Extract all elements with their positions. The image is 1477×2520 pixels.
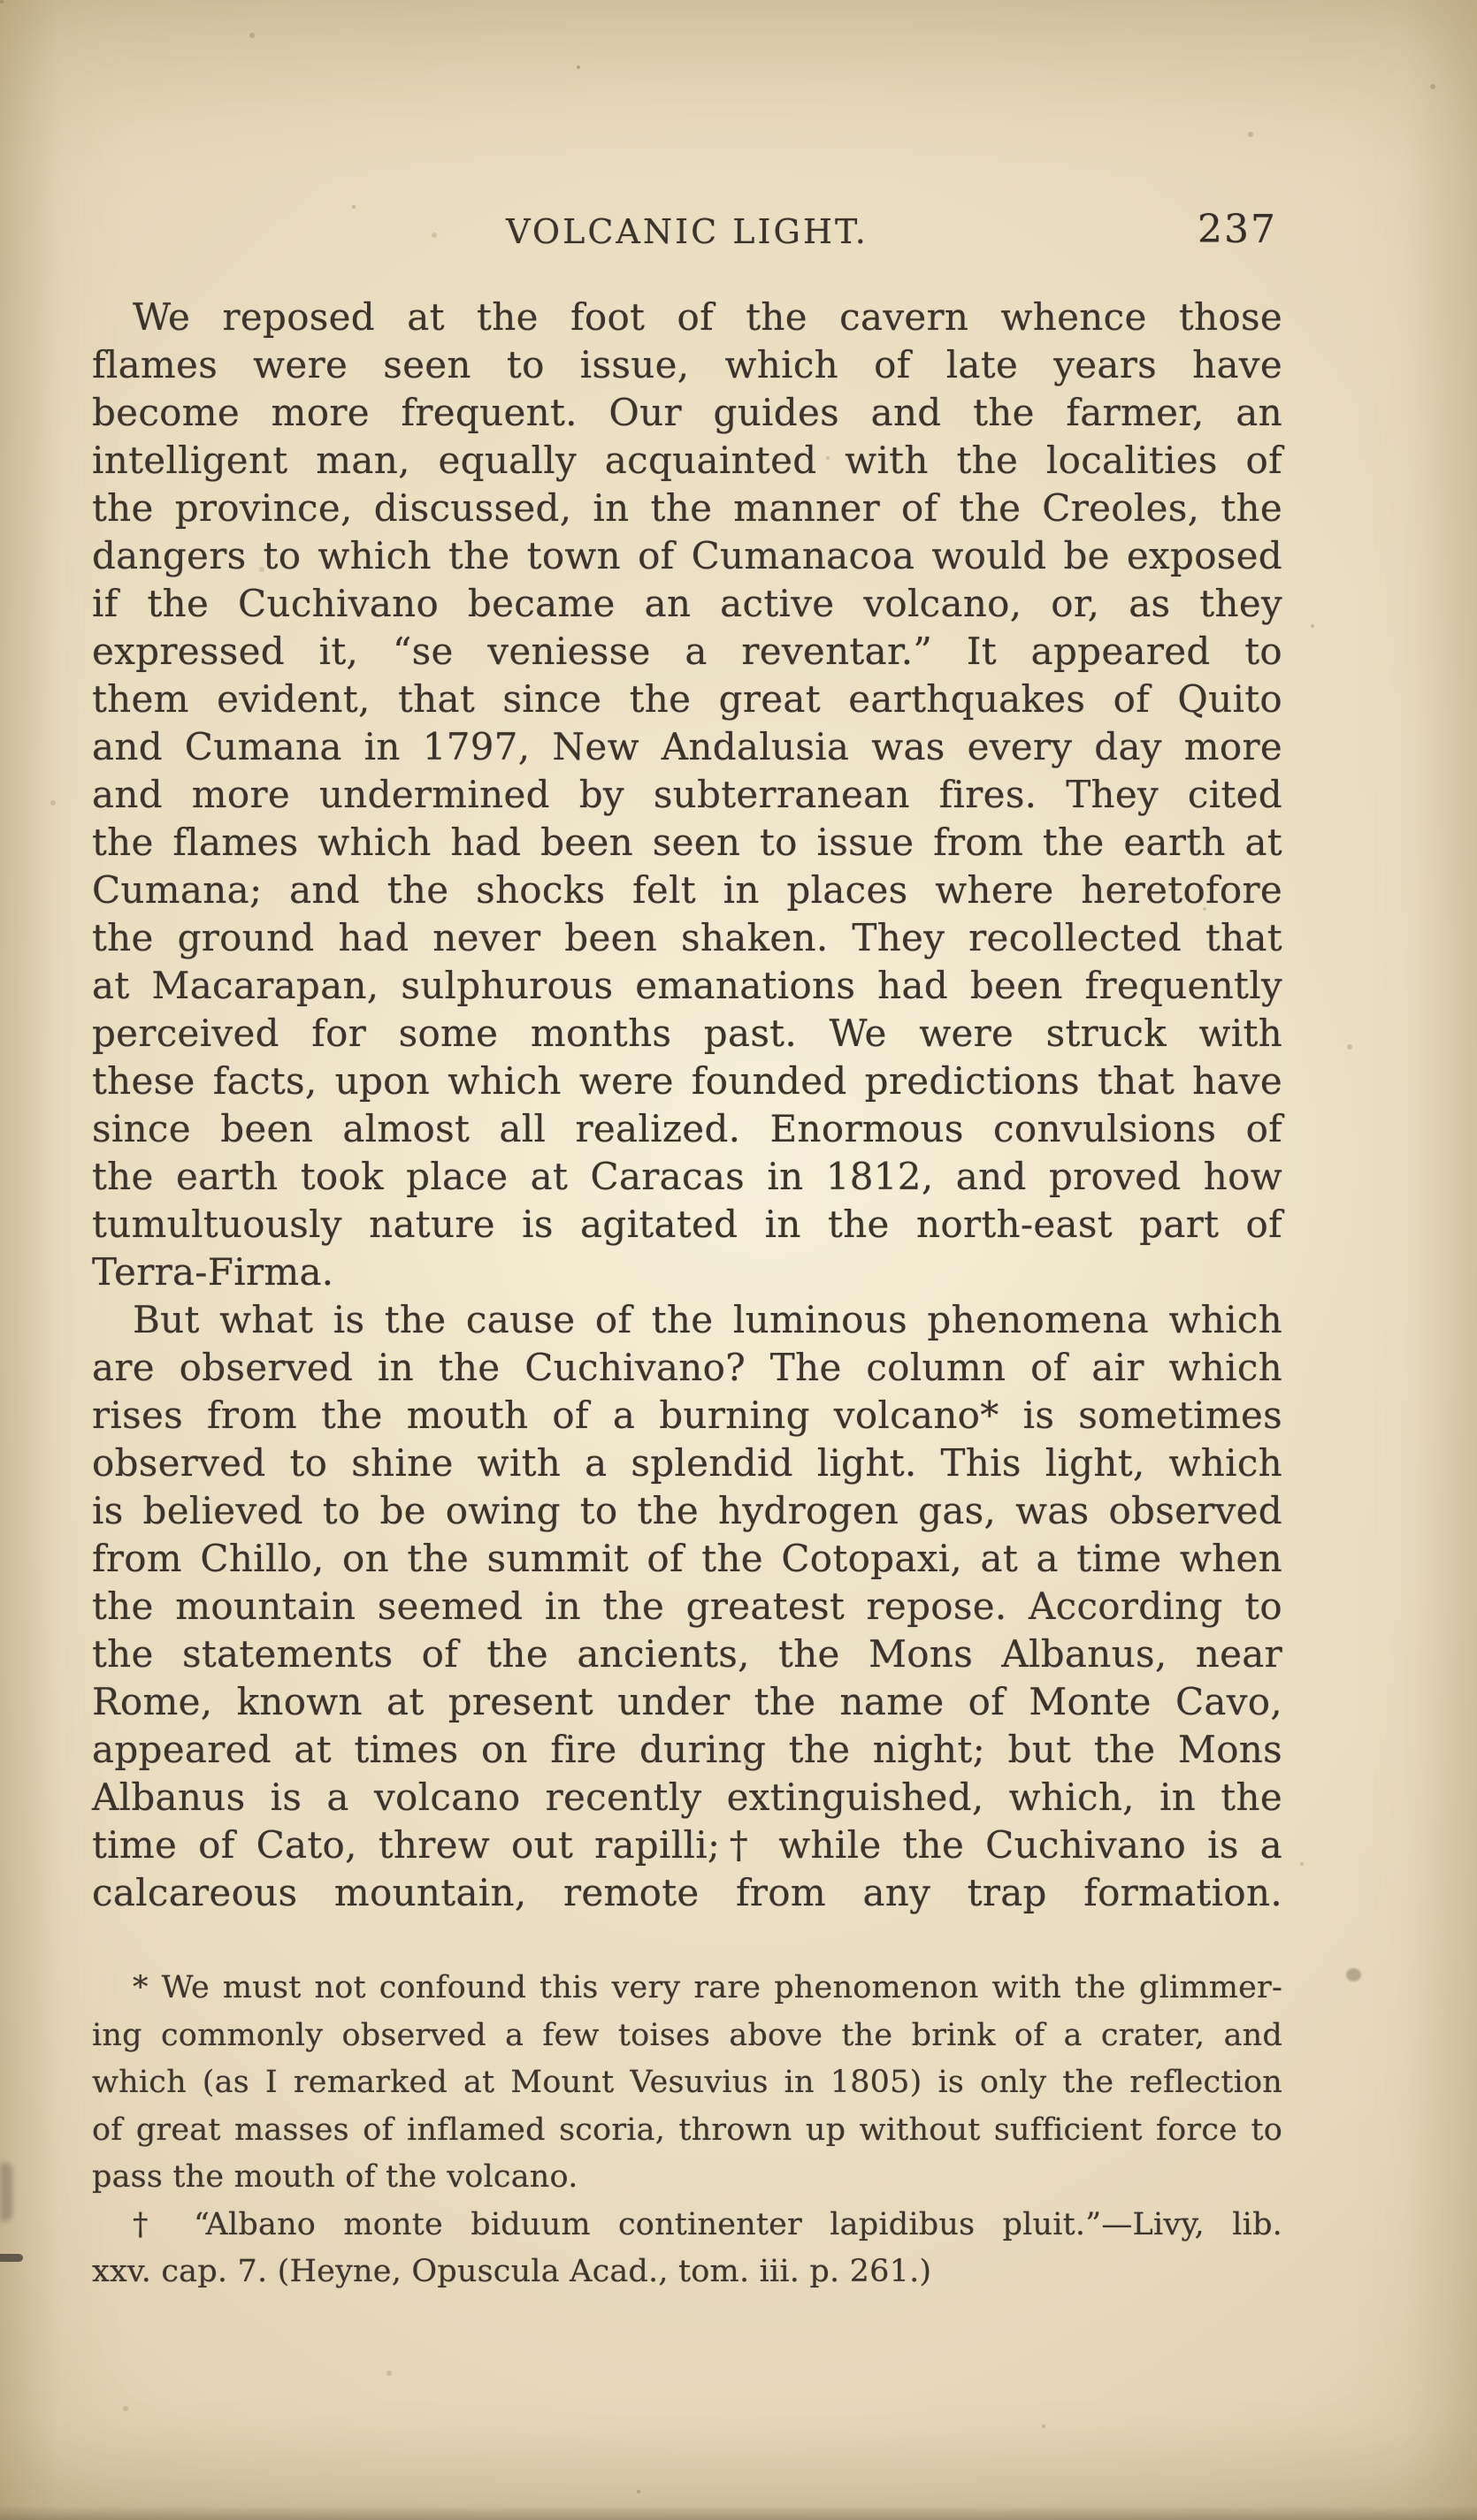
text-line: perceived for some months past. We were …: [92, 1010, 1282, 1058]
text-line: and more undermined by subterranean fire…: [92, 771, 1282, 819]
text-line: the earth took place at Caracas in 1812,…: [92, 1153, 1282, 1201]
text-line: dangers to which the town of Cumanacoa w…: [92, 532, 1282, 580]
text-line: of great masses of inflamed scoria, thro…: [92, 2107, 1282, 2155]
text-line: is believed to be owing to the hydrogen …: [92, 1487, 1282, 1535]
text-line: Rome, known at present under the name of…: [92, 1678, 1282, 1726]
page-title: VOLCANIC LIGHT.: [92, 212, 1282, 251]
text-line: rises from the mouth of a burning volcan…: [92, 1392, 1282, 1439]
footnote-asterisk: * We must not confound this very rare ph…: [92, 1965, 1282, 2202]
text-line: since been almost all realized. Enormous…: [92, 1105, 1282, 1153]
paragraph-1: We reposed at the foot of the cavern whe…: [92, 294, 1282, 1296]
text-line: * We must not confound this very rare ph…: [92, 1965, 1282, 2012]
text-line: We reposed at the foot of the cavern whe…: [92, 294, 1282, 341]
text-line: Albanus is a volcano recently extinguish…: [92, 1774, 1282, 1821]
text-line: these facts, upon which were founded pre…: [92, 1058, 1282, 1105]
paragraph-2: But what is the cause of the luminous ph…: [92, 1296, 1282, 1917]
text-line: at Macarapan, sulphurous emanations had …: [92, 962, 1282, 1010]
text-line: the ground had never been shaken. They r…: [92, 914, 1282, 962]
body-text: We reposed at the foot of the cavern whe…: [92, 294, 1282, 1917]
book-page: VOLCANIC LIGHT. 237 We reposed at the fo…: [0, 0, 1477, 2520]
text-line: and Cumana in 1797, New Andalusia was ev…: [92, 723, 1282, 771]
running-header: VOLCANIC LIGHT. 237: [92, 207, 1282, 260]
text-line: the province, discussed, in the manner o…: [92, 485, 1282, 532]
margin-smudge: [1346, 1968, 1361, 1982]
text-line: the flames which had been seen to issue …: [92, 819, 1282, 867]
footnotes: * We must not confound this very rare ph…: [92, 1965, 1282, 2296]
footnote-dagger: † “Albano monte biduum continenter lapid…: [92, 2202, 1282, 2296]
text-line: tumultuously nature is agitated in the n…: [92, 1201, 1282, 1249]
text-line: are observed in the Cuchivano? The colum…: [92, 1344, 1282, 1392]
text-line: become more frequent. Our guides and the…: [92, 389, 1282, 437]
text-line: Terra-Firma.: [92, 1249, 1282, 1296]
scan-edge-bottom: [0, 2506, 1477, 2520]
text-line: observed to shine with a splendid light.…: [92, 1439, 1282, 1487]
text-line: Cumana; and the shocks felt in places wh…: [92, 867, 1282, 914]
text-line: pass the mouth of the volcano.: [92, 2154, 1282, 2202]
text-line: time of Cato, threw out rapilli;† while …: [92, 1821, 1282, 1869]
text-line: ing commonly observed a few toises above…: [92, 2012, 1282, 2060]
scan-edge-smudge: [0, 2163, 12, 2221]
text-line: the mountain seemed in the greatest repo…: [92, 1583, 1282, 1630]
text-line: if the Cuchivano became an active volcan…: [92, 580, 1282, 628]
paper-speckles: [0, 0, 4, 4]
text-line: the statements of the ancients, the Mons…: [92, 1630, 1282, 1678]
text-line: from Chillo, on the summit of the Cotopa…: [92, 1535, 1282, 1583]
page-number: 237: [1198, 207, 1277, 252]
text-line: intelligent man, equally acquainted with…: [92, 437, 1282, 485]
text-line: them evident, that since the great earth…: [92, 676, 1282, 723]
text-line: † “Albano monte biduum continenter lapid…: [92, 2202, 1282, 2249]
text-line: flames were seen to issue, which of late…: [92, 341, 1282, 389]
text-line: calcareous mountain, remote from any tra…: [92, 1869, 1282, 1917]
text-line: expressed it, “se veniesse a reventar.” …: [92, 628, 1282, 676]
scan-edge-dash: [0, 2254, 23, 2262]
text-line: xxv. cap. 7. (Heyne, Opuscula Acad., tom…: [92, 2249, 1282, 2296]
text-line: appeared at times on fire during the nig…: [92, 1726, 1282, 1774]
text-line: which (as I remarked at Mount Vesuvius i…: [92, 2059, 1282, 2107]
text-line: But what is the cause of the luminous ph…: [92, 1296, 1282, 1344]
